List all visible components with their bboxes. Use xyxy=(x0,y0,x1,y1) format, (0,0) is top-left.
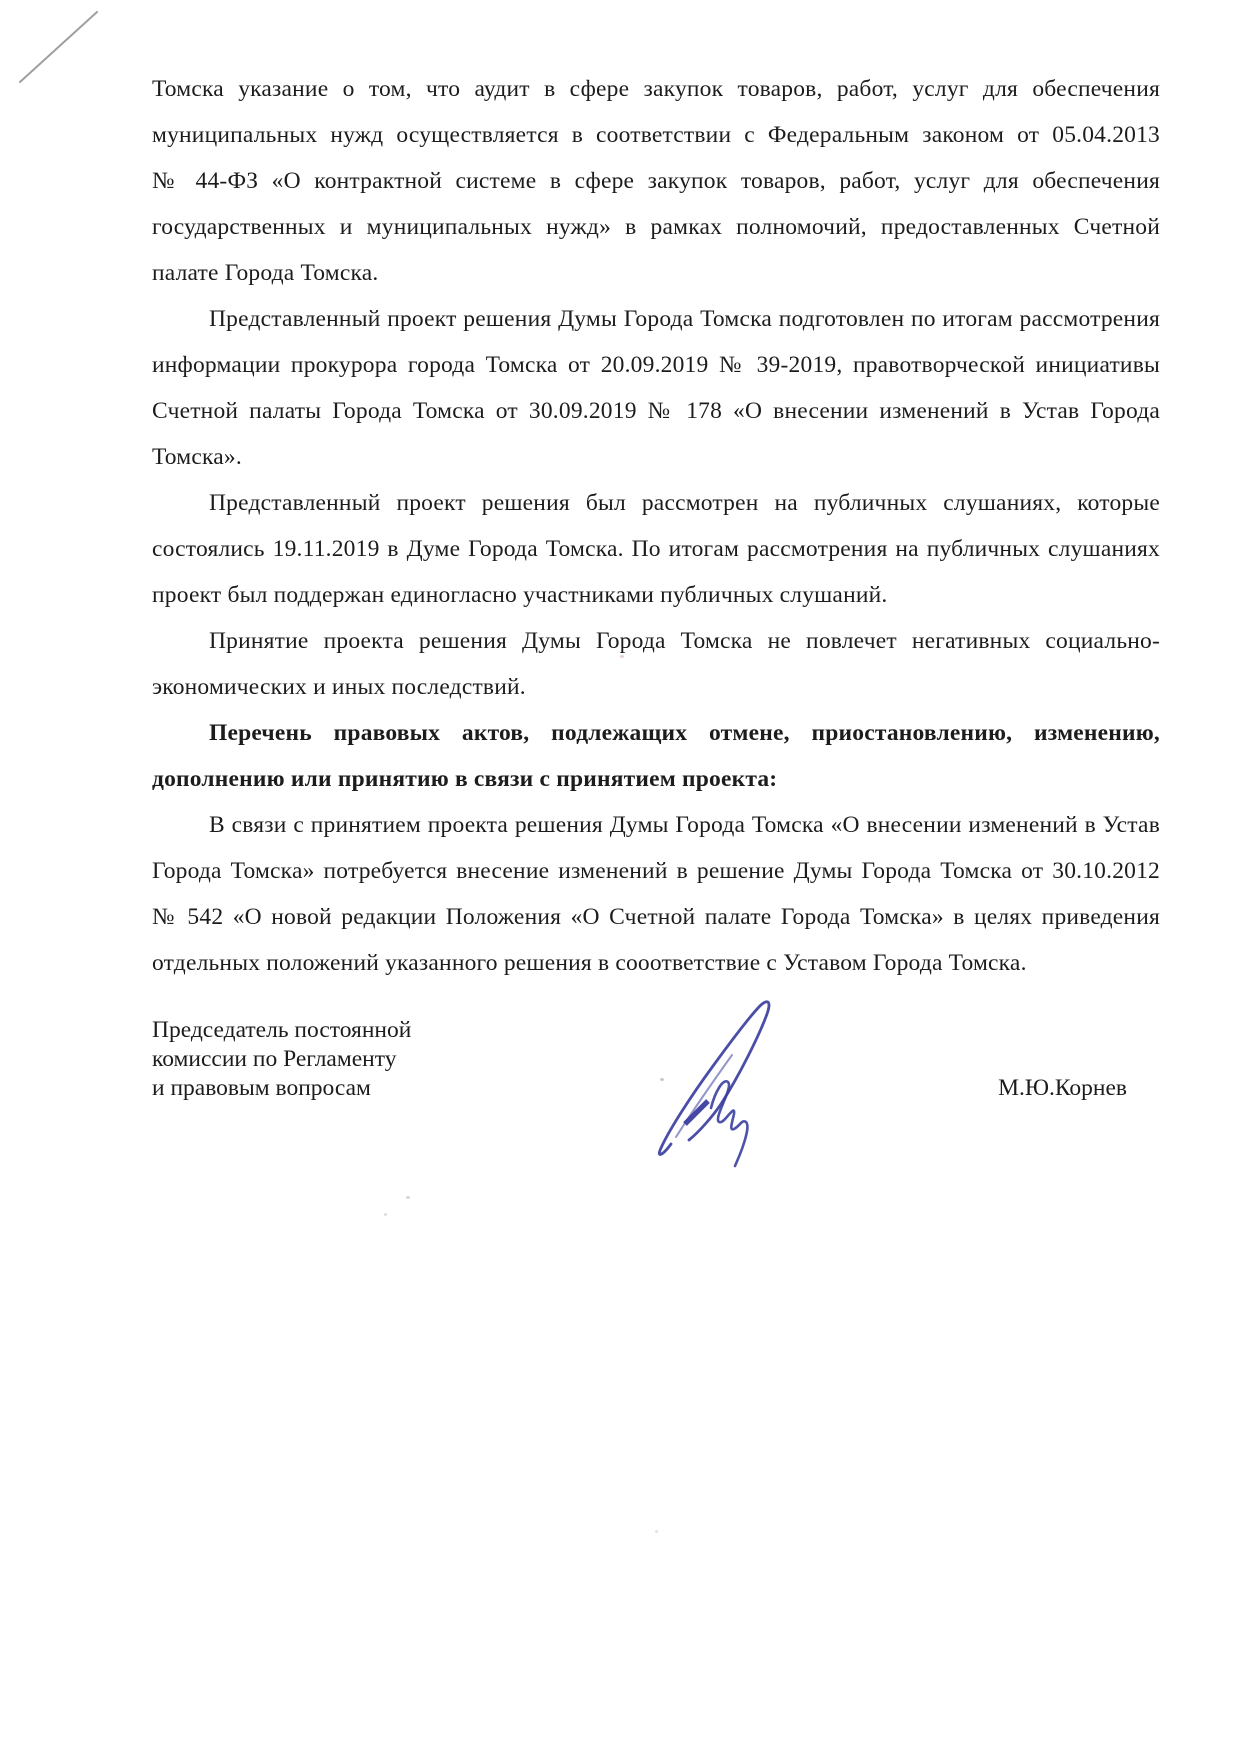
signer-title: Председатель постоянной комиссии по Регл… xyxy=(152,1016,411,1103)
signer-name: М.Ю.Корнев xyxy=(998,1074,1127,1103)
scan-speck xyxy=(655,1530,658,1533)
signer-title-line: и правовым вопросам xyxy=(152,1074,411,1103)
signature-block: Председатель постоянной комиссии по Регл… xyxy=(152,1016,1127,1103)
paragraph: Принятие проекта решения Думы Города Том… xyxy=(152,618,1160,710)
document-page: Томска указание о том, что аудит в сфере… xyxy=(0,0,1240,1753)
signer-title-line: комиссии по Регламенту xyxy=(152,1045,411,1074)
signer-title-line: Председатель постоянной xyxy=(152,1016,411,1045)
paragraph-continuation: Томска указание о том, что аудит в сфере… xyxy=(152,66,1160,296)
scan-artifact-corner-line xyxy=(0,0,120,100)
document-body: Томска указание о том, что аудит в сфере… xyxy=(152,66,1160,1103)
scan-speck xyxy=(406,1196,410,1199)
paragraph-heading: Перечень правовых актов, подлежащих отме… xyxy=(152,710,1160,802)
paragraph: В связи с принятием проекта решения Думы… xyxy=(152,802,1160,986)
scan-speck xyxy=(384,1213,387,1216)
paragraph: Представленный проект решения был рассмо… xyxy=(152,480,1160,618)
paragraph: Представленный проект решения Думы Город… xyxy=(152,296,1160,480)
